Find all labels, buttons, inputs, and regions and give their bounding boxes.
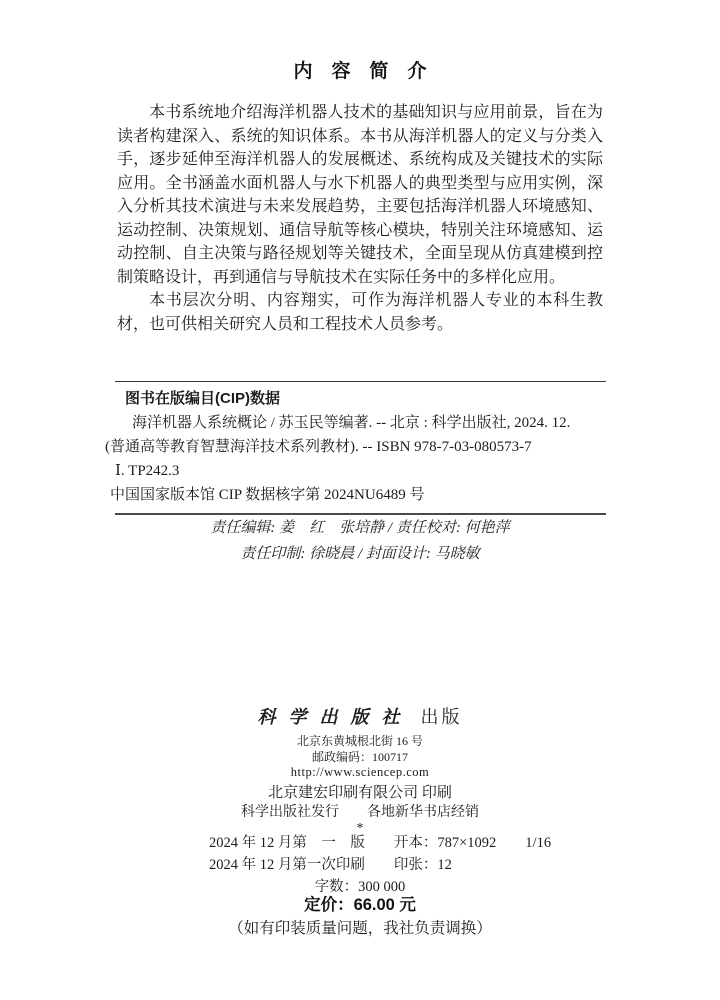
credits-editors-line: 责任编辑: 姜 红 张培静 / 责任校对: 何艳萍 (117, 515, 603, 541)
press-website: http://www.sciencep.com (117, 765, 603, 780)
intro-paragraph-1: 本书系统地介绍海洋机器人技术的基础知识与应用前景，旨在为读者构建深入、系统的知识… (117, 101, 603, 289)
impression-line: 2024 年 12 月第一次印刷 印张：12 (117, 854, 603, 876)
cip-block: 图书在版编目(CIP)数据 海洋机器人系统概论 / 苏玉民等编著. -- 北京 … (115, 381, 606, 515)
cip-series-isbn-line: (普通高等教育智慧海洋技术系列教材). -- ISBN 978-7-03-080… (105, 435, 606, 459)
edition-line: 2024 年 12 月第 一 版 开本：787×1092 1/16 (117, 832, 603, 854)
price-line: 定价：66.00 元 (117, 893, 603, 917)
cip-record-number: 中国国家版本馆 CIP 数据核字第 2024NU6489 号 (110, 483, 606, 507)
publisher-logo-line: 科学出版社出版 (117, 704, 603, 730)
intro-paragraph-2: 本书层次分明、内容翔实，可作为海洋机器人专业的本科生教材，也可供相关研究人员和工… (117, 289, 603, 336)
price-block: 定价：66.00 元 （如有印装质量问题，我社负责调换） (117, 893, 603, 941)
intro-body: 本书系统地介绍海洋机器人技术的基础知识与应用前景，旨在为读者构建深入、系统的知识… (117, 101, 603, 336)
cip-title-line: 海洋机器人系统概论 / 苏玉民等编著. -- 北京 : 科学出版社, 2024.… (132, 411, 606, 435)
press-address: 北京东黄城根北街 16 号 (117, 733, 603, 750)
quality-exchange-note: （如有印装质量问题，我社负责调换） (117, 917, 603, 941)
intro-title: 内容简介 (117, 56, 603, 83)
cip-heading: 图书在版编目(CIP)数据 (125, 387, 606, 411)
cip-classification: Ⅰ. TP242.3 (115, 459, 606, 483)
distribution-line: 科学出版社发行 各地新华书店经销 (117, 803, 603, 822)
press-logo-text: 科学出版社 (258, 707, 413, 727)
credits-production-line: 责任印制: 徐晓晨 / 封面设计: 马晓敏 (117, 541, 603, 567)
press-postcode: 邮政编码：100717 (117, 750, 603, 765)
staff-credits: 责任编辑: 姜 红 张培静 / 责任校对: 何艳萍 责任印制: 徐晓晨 / 封面… (117, 515, 603, 567)
publisher-block: 科学出版社出版 北京东黄城根北街 16 号 邮政编码：100717 http:/… (117, 704, 603, 836)
print-info-block: 2024 年 12 月第 一 版 开本：787×1092 1/16 2024 年… (117, 832, 603, 898)
press-suffix-label: 出版 (421, 707, 463, 727)
printer-line: 北京建宏印刷有限公司 印刷 (117, 783, 603, 803)
book-copyright-page: 内容简介 本书系统地介绍海洋机器人技术的基础知识与应用前景，旨在为读者构建深入、… (0, 0, 720, 1000)
